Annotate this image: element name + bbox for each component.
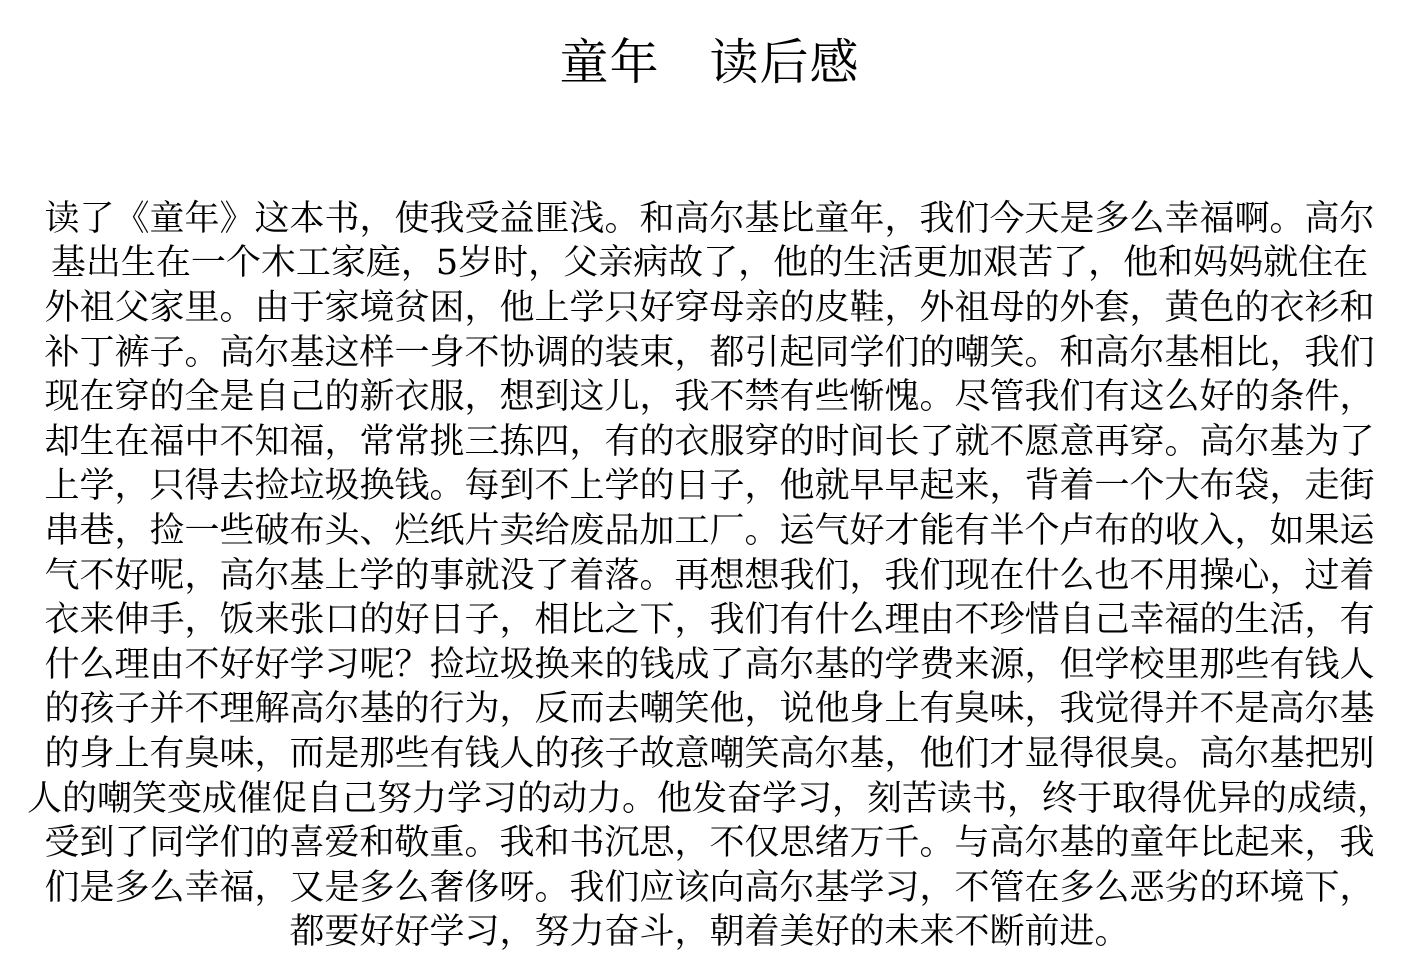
document-title: 童年 读后感 <box>0 34 1419 93</box>
text-line: 外祖父家里。由于家境贫困，他上学只好穿母亲的皮鞋，外祖母的外套，黄色的衣衫和 <box>0 286 1419 331</box>
text-line: 受到了同学们的喜爱和敬重。我和书沉思，不仅思绪万千。与高尔基的童年比起来，我 <box>0 821 1419 866</box>
text-line: 现在穿的全是自己的新衣服，想到这儿，我不禁有些惭愧。尽管我们有这么好的条件， <box>0 375 1419 420</box>
text-line: 人的嘲笑变成催促自己努力学习的动力。他发奋学习，刻苦读书，终于取得优异的成绩， <box>0 777 1419 822</box>
text-line: 串巷，捡一些破布头、烂纸片卖给废品加工厂。运气好才能有半个卢布的收入，如果运 <box>0 509 1419 554</box>
document-page: 童年 读后感 读了《童年》这本书，使我受益匪浅。和高尔基比童年，我们今天是多么幸… <box>0 0 1419 958</box>
text-line: 都要好好学习，努力奋斗，朝着美好的未来不断前进。 <box>0 910 1419 955</box>
text-line: 的孩子并不理解高尔基的行为，反而去嘲笑他，说他身上有臭味，我觉得并不是高尔基 <box>0 687 1419 732</box>
text-line: 补丁裤子。高尔基这样一身不协调的装束，都引起同学们的嘲笑。和高尔基相比，我们 <box>0 331 1419 376</box>
text-line: 却生在福中不知福，常常挑三拣四，有的衣服穿的时间长了就不愿意再穿。高尔基为了 <box>0 420 1419 465</box>
essay-body: 读了《童年》这本书，使我受益匪浅。和高尔基比童年，我们今天是多么幸福啊。高尔 基… <box>0 197 1419 955</box>
text-line: 的身上有臭味，而是那些有钱人的孩子故意嘲笑高尔基，他们才显得很臭。高尔基把别 <box>0 732 1419 777</box>
text-line: 上学，只得去捡垃圾换钱。每到不上学的日子，他就早早起来，背着一个大布袋，走街 <box>0 464 1419 509</box>
text-line: 读了《童年》这本书，使我受益匪浅。和高尔基比童年，我们今天是多么幸福啊。高尔 <box>0 197 1419 242</box>
text-line: 基出生在一个木工家庭，5岁时，父亲病故了，他的生活更加艰苦了，他和妈妈就住在 <box>0 241 1419 286</box>
text-line: 什么理由不好好学习呢？捡垃圾换来的钱成了高尔基的学费来源，但学校里那些有钱人 <box>0 643 1419 688</box>
text-line: 衣来伸手，饭来张口的好日子，相比之下，我们有什么理由不珍惜自己幸福的生活，有 <box>0 598 1419 643</box>
text-line: 气不好呢，高尔基上学的事就没了着落。再想想我们，我们现在什么也不用操心，过着 <box>0 554 1419 599</box>
text-line: 们是多么幸福，又是多么奢侈呀。我们应该向高尔基学习，不管在多么恶劣的环境下， <box>0 866 1419 911</box>
